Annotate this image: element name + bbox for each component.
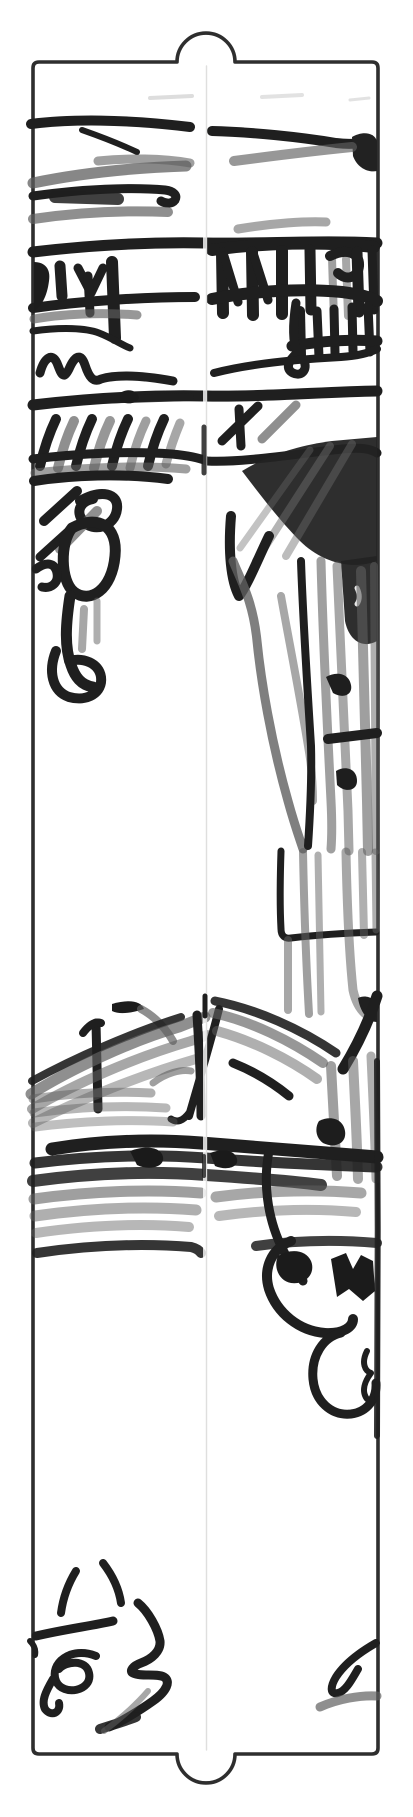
letterform-stroke	[60, 266, 62, 296]
boot-hatch	[82, 609, 84, 649]
vertical-stroke	[318, 855, 321, 1012]
dark-smear	[55, 197, 118, 199]
edge-stroke	[377, 1061, 378, 1436]
vertical-stroke	[375, 852, 376, 930]
letterform-stroke	[88, 276, 90, 313]
letterform-stroke	[357, 252, 359, 312]
letterform-stroke	[112, 262, 115, 338]
diag-stroke	[239, 409, 241, 446]
dark-line	[292, 340, 377, 346]
scanned-page	[0, 0, 413, 1817]
dry-band	[216, 1191, 361, 1197]
letterform-stroke	[310, 250, 311, 310]
marker-sketch	[0, 0, 413, 1817]
stub-stroke	[317, 311, 319, 357]
faint-smudge	[350, 98, 369, 100]
faint-smudge	[150, 96, 192, 98]
dark-line	[34, 475, 168, 481]
dry-band	[34, 314, 137, 319]
vertical-stroke	[362, 852, 364, 935]
faint-smudge	[262, 95, 302, 97]
knot-bar	[328, 733, 377, 739]
dry-band	[219, 1210, 356, 1216]
vertical-stroke	[374, 566, 376, 851]
dark-band	[256, 1241, 377, 1246]
